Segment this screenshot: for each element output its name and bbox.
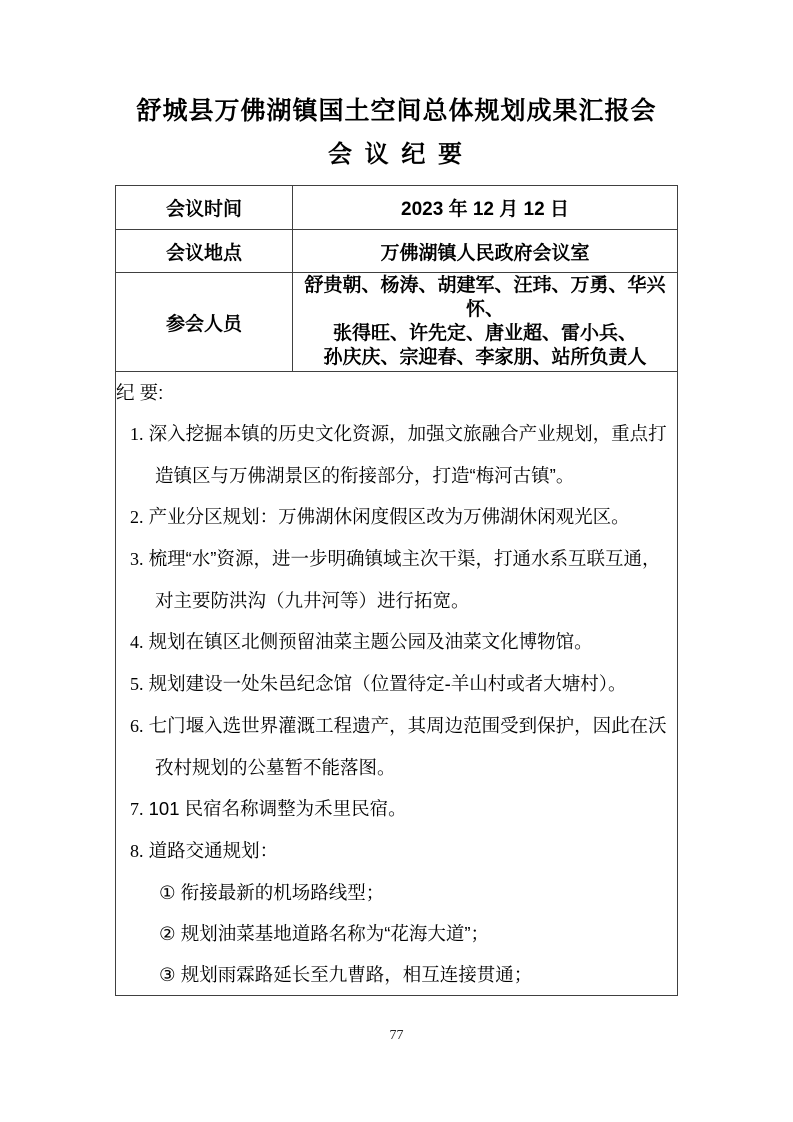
- minutes-heading: 纪 要:: [116, 372, 677, 413]
- item-number: 1.: [130, 424, 144, 444]
- table-row-meeting-place: 会议地点 万佛湖镇人民政府会议室: [116, 230, 678, 273]
- minutes-item-1: 1. 深入挖掘本镇的历史文化资源，加强文旅融合产业规划，重点打造镇区与万佛湖景区…: [116, 413, 677, 496]
- item-text: 产业分区规划：万佛湖休闲度假区改为万佛湖休闲观光区。: [149, 506, 630, 527]
- participants-line: 怀、: [293, 298, 677, 322]
- item-text: 梳理“水”资源，进一步明确镇域主次干渠，打通水系互联互通，对主要防洪沟（九井河等…: [149, 548, 661, 611]
- item-text: 七门堰入选世界灌溉工程遗产，其周边范围受到保护，因此在沃孜村规划的公墓暂不能落图…: [149, 715, 667, 778]
- participants-line: 孙庆庆、宗迎春、李家朋、站所负责人: [293, 346, 677, 370]
- item-text: 深入挖掘本镇的历史文化资源，加强文旅融合产业规划，重点打造镇区与万佛湖景区的衔接…: [149, 423, 667, 486]
- minutes-item-4: 4. 规划在镇区北侧预留油菜主题公园及油菜文化博物馆。: [116, 621, 677, 663]
- table-row-meeting-time: 会议时间 2023 年 12 月 12 日: [116, 186, 678, 230]
- item-text: 规划在镇区北侧预留油菜主题公园及油菜文化博物馆。: [149, 631, 593, 652]
- document-page: 舒城县万佛湖镇国土空间总体规划成果汇报会 会 议 纪 要 会议时间 2023 年…: [0, 0, 793, 1122]
- minutes-item-3: 3. 梳理“水”资源，进一步明确镇域主次干渠，打通水系互联互通，对主要防洪沟（九…: [116, 538, 677, 621]
- meeting-time-value: 2023 年 12 月 12 日: [293, 186, 678, 230]
- participants-line: 张得旺、许先定、唐业超、雷小兵、: [293, 322, 677, 346]
- item-text: 101 民宿名称调整为禾里民宿。: [149, 798, 407, 819]
- participants-value: 舒贵朝、杨涛、胡建军、汪玮、万勇、华兴 怀、 张得旺、许先定、唐业超、雷小兵、 …: [293, 273, 678, 372]
- meeting-info-table: 会议时间 2023 年 12 月 12 日 会议地点 万佛湖镇人民政府会议室 参…: [115, 185, 678, 996]
- minutes-item-6: 6. 七门堰入选世界灌溉工程遗产，其周边范围受到保护，因此在沃孜村规划的公墓暂不…: [116, 705, 677, 788]
- item-number: 4.: [130, 632, 144, 652]
- meeting-place-value: 万佛湖镇人民政府会议室: [293, 230, 678, 273]
- meeting-place-label: 会议地点: [116, 230, 293, 273]
- item-number: 7.: [130, 799, 144, 819]
- subitem-text: 规划油菜基地道路名称为“花海大道”；: [181, 923, 489, 944]
- item-number: 3.: [130, 549, 144, 569]
- page-number: 77: [0, 1028, 793, 1044]
- circled-number-icon: ①: [159, 882, 176, 903]
- item-number: 6.: [130, 716, 144, 736]
- minutes-cell: 纪 要: 1. 深入挖掘本镇的历史文化资源，加强文旅融合产业规划，重点打造镇区与…: [116, 372, 678, 996]
- minutes-item-2: 2. 产业分区规划：万佛湖休闲度假区改为万佛湖休闲观光区。: [116, 496, 677, 538]
- subitem-text: 规划雨霖路延长至九曹路，相互连接贯通；: [181, 964, 533, 985]
- item-number: 8.: [130, 841, 144, 861]
- minutes-subitem-3: ③ 规划雨霖路延长至九曹路，相互连接贯通；: [116, 954, 677, 995]
- document-title: 舒城县万佛湖镇国土空间总体规划成果汇报会: [0, 0, 793, 128]
- table-row-minutes: 纪 要: 1. 深入挖掘本镇的历史文化资源，加强文旅融合产业规划，重点打造镇区与…: [116, 372, 678, 996]
- subitem-text: 衔接最新的机场路线型；: [181, 882, 385, 903]
- minutes-item-7: 7. 101 民宿名称调整为禾里民宿。: [116, 788, 677, 830]
- circled-number-icon: ②: [159, 923, 176, 944]
- minutes-item-8: 8. 道路交通规划：: [116, 830, 677, 872]
- item-number: 5.: [130, 674, 144, 694]
- minutes-item-5: 5. 规划建设一处朱邑纪念馆（位置待定-羊山村或者大塘村）。: [116, 663, 677, 705]
- item-number: 2.: [130, 507, 144, 527]
- minutes-subitem-1: ① 衔接最新的机场路线型；: [116, 872, 677, 913]
- meeting-time-label: 会议时间: [116, 186, 293, 230]
- item-text: 规划建设一处朱邑纪念馆（位置待定-羊山村或者大塘村）。: [149, 673, 627, 694]
- participants-line: 舒贵朝、杨涛、胡建军、汪玮、万勇、华兴: [293, 274, 677, 298]
- table-row-participants: 参会人员 舒贵朝、杨涛、胡建军、汪玮、万勇、华兴 怀、 张得旺、许先定、唐业超、…: [116, 273, 678, 372]
- circled-number-icon: ③: [159, 964, 176, 985]
- minutes-subitem-2: ② 规划油菜基地道路名称为“花海大道”；: [116, 913, 677, 954]
- participants-label: 参会人员: [116, 273, 293, 372]
- document-subtitle: 会 议 纪 要: [0, 140, 793, 170]
- item-text: 道路交通规划：: [149, 840, 279, 861]
